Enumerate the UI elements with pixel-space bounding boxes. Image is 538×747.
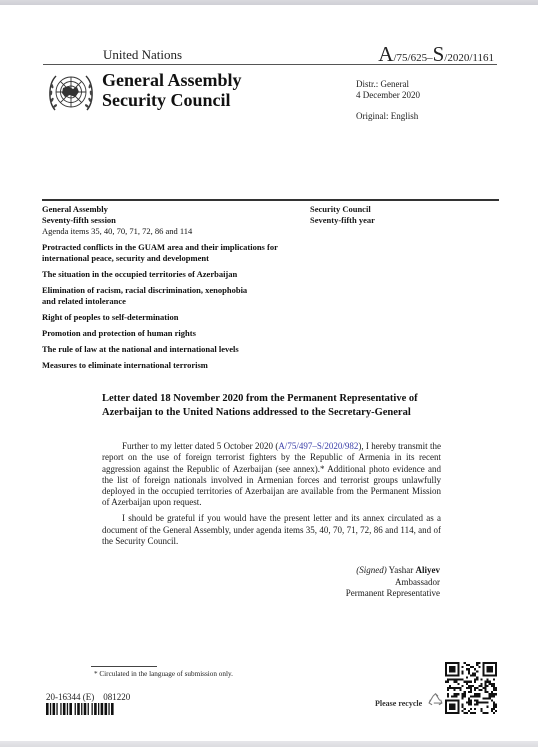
security-council-block: Security Council Seventy-fifth year bbox=[310, 204, 375, 226]
symbol-a-number: /75/625– bbox=[393, 52, 432, 64]
signer-title-2: Permanent Representative bbox=[336, 588, 440, 600]
organ-line-security-council: Security Council bbox=[102, 90, 242, 110]
recycle-label: Please recycle bbox=[375, 699, 422, 708]
paragraph-1: Further to my letter dated 5 October 202… bbox=[102, 441, 441, 509]
signer-title-1: Ambassador bbox=[336, 577, 440, 589]
sc-heading: Security Council bbox=[310, 204, 375, 215]
general-assembly-block: General Assembly Seventy-fifth session A… bbox=[42, 204, 307, 371]
header-divider bbox=[43, 64, 497, 65]
distribution: Distr.: General bbox=[356, 79, 420, 90]
agenda-item: The situation in the occupied territorie… bbox=[42, 269, 307, 280]
signer-last-name: Aliyev bbox=[416, 565, 441, 575]
letter-body: Further to my letter dated 5 October 202… bbox=[102, 441, 441, 552]
footnote-rule bbox=[91, 666, 157, 667]
ga-agenda: Agenda items 35, 40, 70, 71, 72, 86 and … bbox=[42, 226, 307, 237]
agenda-item: Promotion and protection of human rights bbox=[42, 328, 307, 339]
agenda-item: Right of peoples to self-determination bbox=[42, 312, 307, 323]
section-divider bbox=[42, 199, 499, 201]
para1-text-start: Further to my letter dated 5 October 202… bbox=[122, 441, 278, 451]
ga-session: Seventy-fifth session bbox=[42, 215, 307, 226]
agenda-item: Protracted conflicts in the GUAM area an… bbox=[42, 242, 307, 264]
symbol-a: A bbox=[378, 42, 393, 66]
signature-line: (Signed) Yashar Aliyev bbox=[336, 565, 440, 577]
signed-label: (Signed) bbox=[356, 565, 387, 575]
original-language: Original: English bbox=[356, 111, 420, 122]
symbol-s-number: /2020/1161 bbox=[444, 52, 494, 64]
agenda-item: The rule of law at the national and inte… bbox=[42, 344, 307, 355]
ga-heading: General Assembly bbox=[42, 204, 307, 215]
organ-line-general-assembly: General Assembly bbox=[102, 70, 242, 90]
symbol-s: S bbox=[433, 42, 445, 66]
agenda-item: Measures to eliminate international terr… bbox=[42, 360, 307, 371]
un-emblem-icon bbox=[46, 70, 96, 116]
document-link[interactable]: A/75/497–S/2020/982 bbox=[278, 441, 358, 451]
bottom-edge-bar bbox=[0, 741, 538, 747]
distribution-info: Distr.: General 4 December 2020 Original… bbox=[356, 79, 420, 122]
letter-title: Letter dated 18 November 2020 from the P… bbox=[102, 392, 442, 419]
agenda-item: Elimination of racism, racial discrimina… bbox=[42, 285, 252, 307]
top-edge-bar bbox=[0, 0, 538, 5]
organ-title: General Assembly Security Council bbox=[102, 70, 242, 110]
paragraph-2: I should be grateful if you would have t… bbox=[102, 513, 441, 547]
footnote: * Circulated in the language of submissi… bbox=[94, 670, 233, 678]
job-number: 20-16344 (E) 081220 bbox=[46, 692, 130, 702]
qr-code-icon bbox=[445, 662, 497, 714]
signature-block: (Signed) Yashar Aliyev Ambassador Perman… bbox=[336, 565, 440, 600]
issue-date: 4 December 2020 bbox=[356, 90, 420, 101]
signer-first-name: Yashar bbox=[389, 565, 414, 575]
sc-year: Seventy-fifth year bbox=[310, 215, 375, 226]
org-name: United Nations bbox=[103, 47, 182, 63]
barcode-icon bbox=[46, 703, 134, 715]
recycle-icon bbox=[427, 692, 444, 709]
